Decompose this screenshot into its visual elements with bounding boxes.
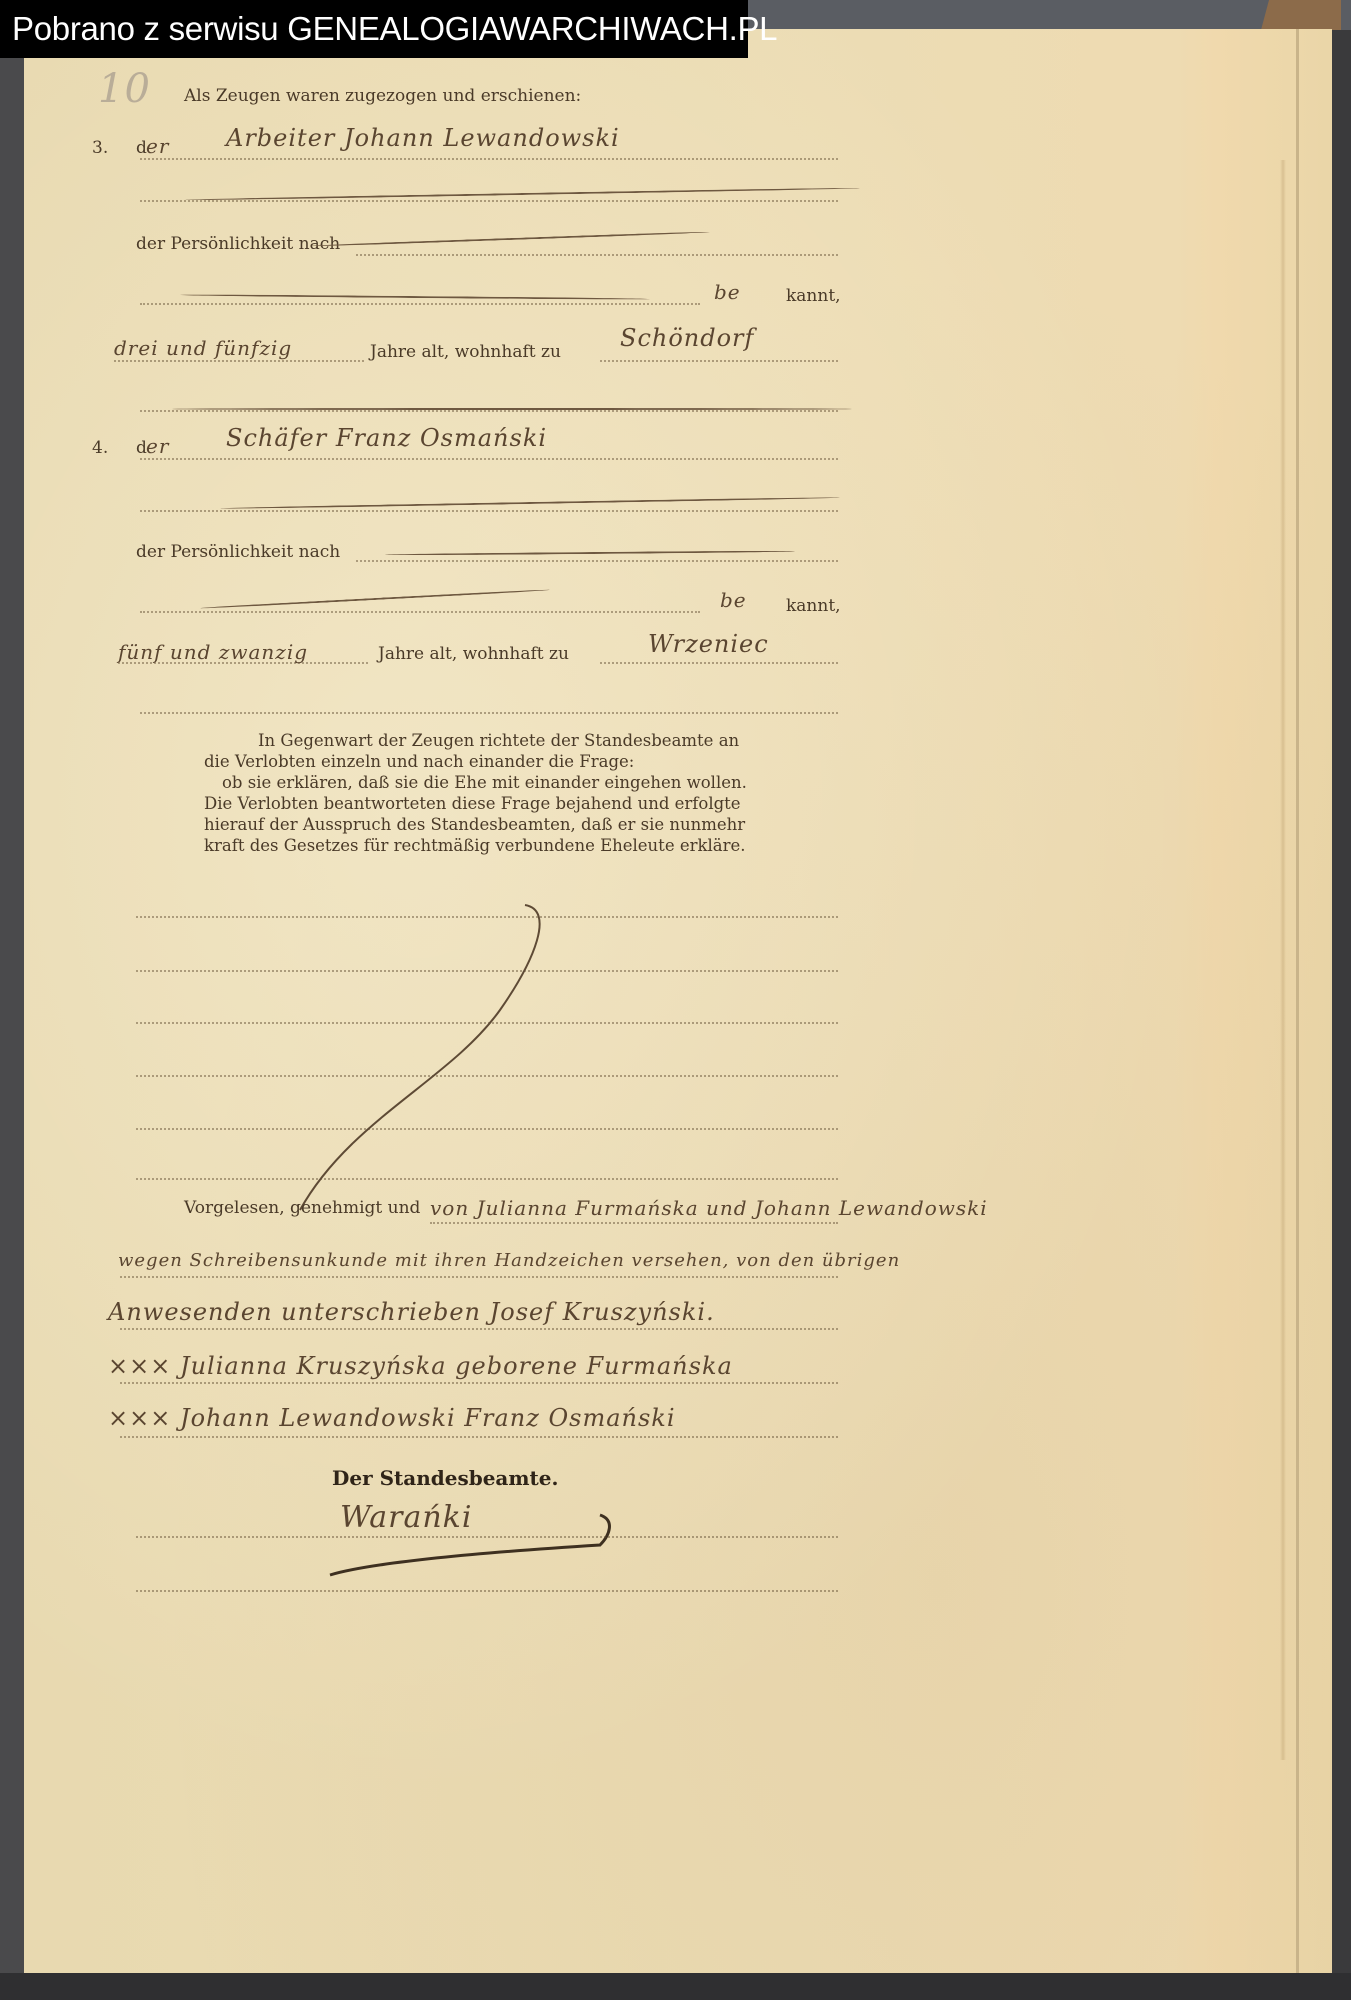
closing-line-4 bbox=[120, 1382, 838, 1384]
closing-line-1 bbox=[430, 1222, 838, 1224]
closing-line-2 bbox=[120, 1276, 838, 1278]
official-signature: Warańki bbox=[340, 1500, 472, 1535]
closing-hand-line-4: ××× Julianna Kruszyńska geborene Furmańs… bbox=[108, 1352, 733, 1380]
closing-printed-label: Vorgelesen, genehmigt und bbox=[184, 1198, 420, 1218]
signature-line-1 bbox=[136, 1536, 838, 1538]
official-label: Der Standesbeamte. bbox=[332, 1466, 558, 1490]
cancel-stroke-overlay bbox=[0, 0, 1351, 2000]
blank-cancel-stroke bbox=[300, 905, 540, 1210]
closing-hand-line-5: ××× Johann Lewandowski Franz Osmański bbox=[108, 1404, 676, 1432]
closing-hand-line-1: von Julianna Furmańska und Johann Lewand… bbox=[430, 1196, 988, 1220]
closing-hand-line-3: Anwesenden unterschrieben Josef Kruszyńs… bbox=[108, 1298, 715, 1326]
closing-line-5 bbox=[120, 1436, 838, 1438]
signature-line-2 bbox=[136, 1590, 838, 1592]
closing-line-3 bbox=[120, 1328, 838, 1330]
closing-hand-line-2: wegen Schreibensunkunde mit ihren Handze… bbox=[118, 1250, 900, 1271]
